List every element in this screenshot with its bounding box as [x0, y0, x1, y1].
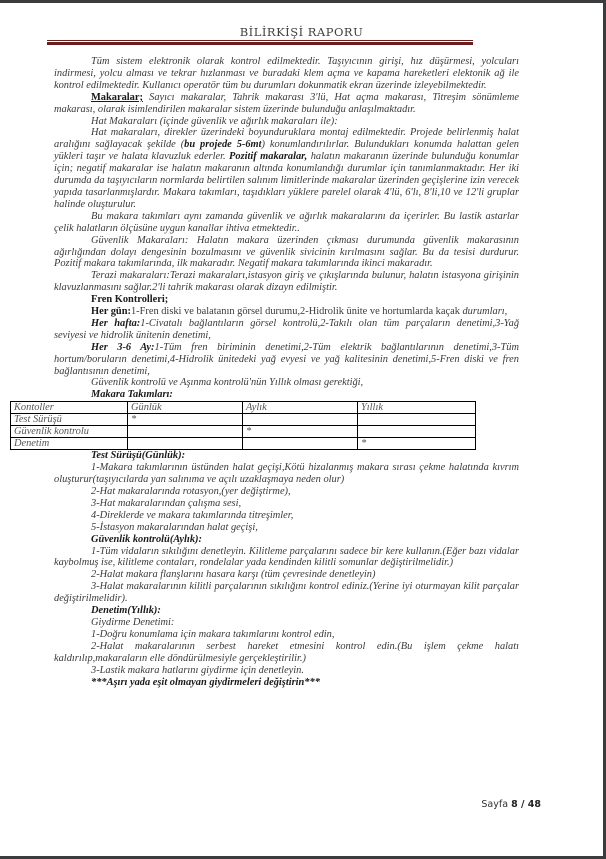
denetim-item: 2-Halat makaralarının serbest hareket et…	[54, 641, 519, 665]
table-header: Aylık	[243, 402, 358, 414]
test-item: 2-Hat makaralarında rotasyon,(yer değişt…	[54, 486, 519, 498]
fren-title: Fren Kontrolleri;	[54, 294, 519, 306]
guvenlik-kontrolu-title: Güvenlik kontrolü(Aylık):	[54, 534, 519, 546]
fren-yillik-note: Güvenlik kontrolü ve Aşınma kontrolü'nün…	[54, 377, 519, 389]
hat-title: Hat Makaraları (içinde güvenlik ve ağırl…	[54, 116, 519, 128]
header-rule-thick	[47, 42, 473, 45]
table-row: Güvenlik kontrolu *	[11, 426, 476, 438]
table-cell	[243, 438, 358, 450]
paragraph-hat: Hat makaraları, direkler üzerindeki boyu…	[54, 127, 519, 210]
header-rule	[47, 40, 473, 41]
paragraph-bu-makara: Bu makara takımları aynı zamanda güvenli…	[54, 211, 519, 235]
table-cell: *	[358, 438, 476, 450]
paragraph-system: Tüm sistem elektronik olarak kontrol edi…	[54, 56, 519, 92]
makara-takimlari-table: Kontoller Günlük Aylık Yıllık Test Sürüş…	[10, 401, 476, 450]
test-item: 5-İstasyon makaralarından halat geçişi,	[54, 522, 519, 534]
table-cell	[128, 438, 243, 450]
guvenlik-item: 3-Halat makaralarının kilitli parçaların…	[54, 581, 519, 605]
paragraph-guvenlik-makaralari: Güvenlik Makaraları: Halatın makara üzer…	[54, 235, 519, 271]
table-header: Kontoller	[11, 402, 128, 414]
fren-her-hafta: Her hafta:1-Civatalı bağlantıların görse…	[54, 318, 519, 342]
table-cell: *	[128, 414, 243, 426]
guvenlik-item: 1-Tüm vidaların sıkılığını denetleyin. K…	[54, 546, 519, 570]
page-count: 8 / 48	[511, 799, 541, 810]
test-surusu-title: Test Sürüşü(Günlük):	[54, 450, 519, 462]
hat-bold-2: Pozitif makaralar,	[229, 151, 307, 162]
hat-bold-1: bu projede 5-6mt	[184, 139, 261, 150]
table-row: Test Sürüşü *	[11, 414, 476, 426]
table-cell	[358, 426, 476, 438]
makara-takimlari-title: Makara Takımları:	[54, 389, 519, 401]
table-header: Günlük	[128, 402, 243, 414]
fren-her-gun: Her gün:1-Fren diski ve balatanın görsel…	[54, 306, 519, 318]
paragraph-makaralar: Makaralar; Sayıcı makaralar, Tahrik maka…	[54, 92, 519, 116]
report-header-title: BİLİRKİŞİ RAPORU	[0, 25, 603, 39]
document-page: BİLİRKİŞİ RAPORU Tüm sistem elektronik o…	[0, 3, 603, 856]
her-ay-label: Her 3-6 Ay:	[91, 342, 155, 353]
table-cell: Test Sürüşü	[11, 414, 128, 426]
denetim-subtitle: Giydirme Denetimi:	[54, 617, 519, 629]
table-header-row: Kontoller Günlük Aylık Yıllık	[11, 402, 476, 414]
test-item: 1-Makara takımlarının üstünden halat geç…	[54, 462, 519, 486]
table-cell: Denetim	[11, 438, 128, 450]
table-row: Denetim *	[11, 438, 476, 450]
test-item: 4-Direklerde ve makara takımlarında titr…	[54, 510, 519, 522]
test-item: 3-Hat makaralarından çalışma sesi,	[54, 498, 519, 510]
fren-her-3-6-ay: Her 3-6 Ay:1-Tüm fren biriminin denetimi…	[54, 342, 519, 378]
table-cell	[243, 414, 358, 426]
her-gun-text-italic: durumları,	[462, 306, 507, 317]
table-cell: *	[243, 426, 358, 438]
denetim-title: Denetim(Yıllık):	[54, 605, 519, 617]
table-cell: Güvenlik kontrolu	[11, 426, 128, 438]
her-gun-text: 1-Fren diski ve balatanın görsel durumu,…	[131, 306, 463, 317]
table-cell	[128, 426, 243, 438]
table-cell	[358, 414, 476, 426]
denetim-item: 3-Lastik makara hatlarını giydirme için …	[54, 665, 519, 677]
her-gun-label: Her gün:	[91, 306, 131, 317]
paragraph-terazi: Terazi makaraları:Terazi makaraları,ista…	[54, 270, 519, 294]
her-hafta-label: Her hafta:	[91, 318, 140, 329]
page-number: Sayfa 8 / 48	[481, 799, 541, 810]
denetim-item: 1-Doğru konumlama için makara takımların…	[54, 629, 519, 641]
makaralar-label: Makaralar;	[91, 92, 143, 103]
table-header: Yıllık	[358, 402, 476, 414]
guvenlik-item: 2-Halat makara flanşlarını hasara karşı …	[54, 569, 519, 581]
document-body: Tüm sistem elektronik olarak kontrol edi…	[54, 56, 519, 688]
denetim-warning: ***Aşırı yada eşit olmayan giydirmeleri …	[54, 677, 519, 689]
page-label: Sayfa	[481, 799, 508, 810]
